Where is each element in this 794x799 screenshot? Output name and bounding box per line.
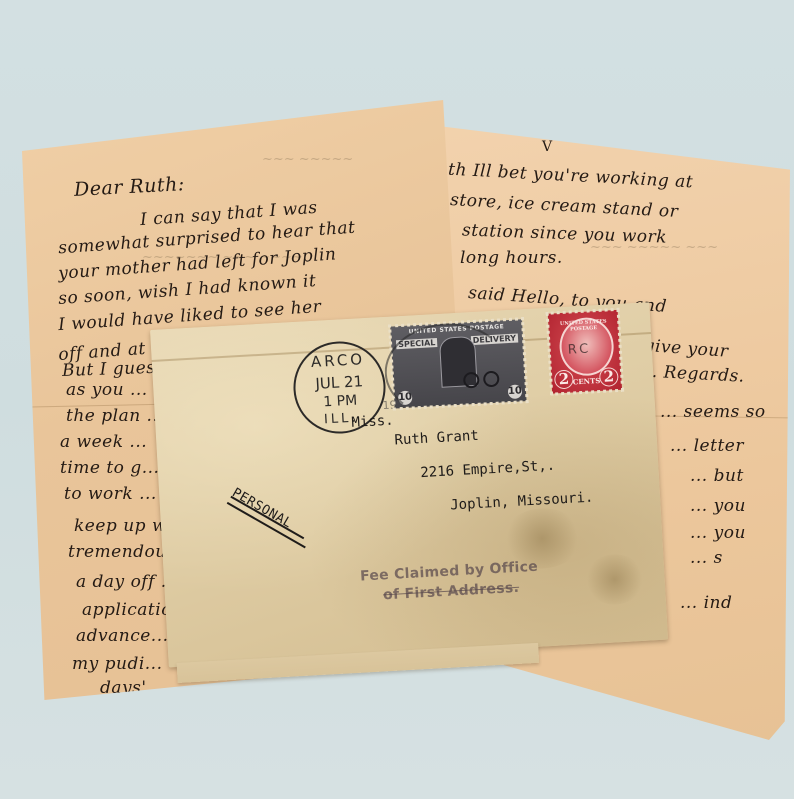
letter-left-line: days': [100, 680, 147, 697]
letter-greeting: Dear Ruth:: [74, 175, 186, 200]
stamp-value-right: 10: [508, 384, 523, 399]
letter-left-line: a week ...: [60, 434, 147, 451]
letter-right-line: long hours.: [460, 250, 563, 267]
letter-right-line: ... letter: [670, 438, 744, 455]
envelope: ARCO JUL 21 1 PM ILL. 1929 UNITED STATES…: [150, 302, 668, 667]
letter-left-line: my pudi...: [72, 656, 163, 673]
page-number: V: [542, 140, 553, 154]
address-title: Miss.: [351, 413, 394, 431]
postmark-town: ARCO: [294, 349, 383, 372]
letter-left-line: the plan ...: [66, 408, 164, 425]
letter-right-line: station since you work: [462, 222, 668, 246]
letter-right-line: th Ill bet you're working at: [448, 162, 694, 192]
photo-scene: ~~~ ~~~~~ ~~~ ~~~~ ~~ ~~~~~~ V th Ill be…: [0, 0, 794, 799]
letter-right-line: ... s: [690, 550, 723, 567]
postmark-date: JUL 21: [295, 371, 384, 394]
letter-right-line: ... ind: [680, 595, 732, 612]
letter-right-line: ... but: [690, 468, 744, 485]
letter-left-line: as you ...: [66, 382, 148, 399]
stamp-cancel-text: RC: [567, 341, 591, 357]
two-cent-stamp: UNITED STATES POSTAGE RC 2 CENTS 2: [548, 310, 622, 394]
letter-right-line: ... you: [690, 498, 746, 515]
letter-right-line: ... seems so: [660, 404, 766, 421]
letter-right-line: ... you: [690, 525, 746, 542]
letter-left-line: time to g...: [60, 460, 159, 477]
letter-left-line: advance...: [76, 628, 169, 645]
letter-right-line: store, ice cream stand or: [450, 192, 679, 221]
letter-right-line: ... Regards.: [640, 363, 745, 385]
letter-left-line: to work ...: [64, 486, 157, 503]
